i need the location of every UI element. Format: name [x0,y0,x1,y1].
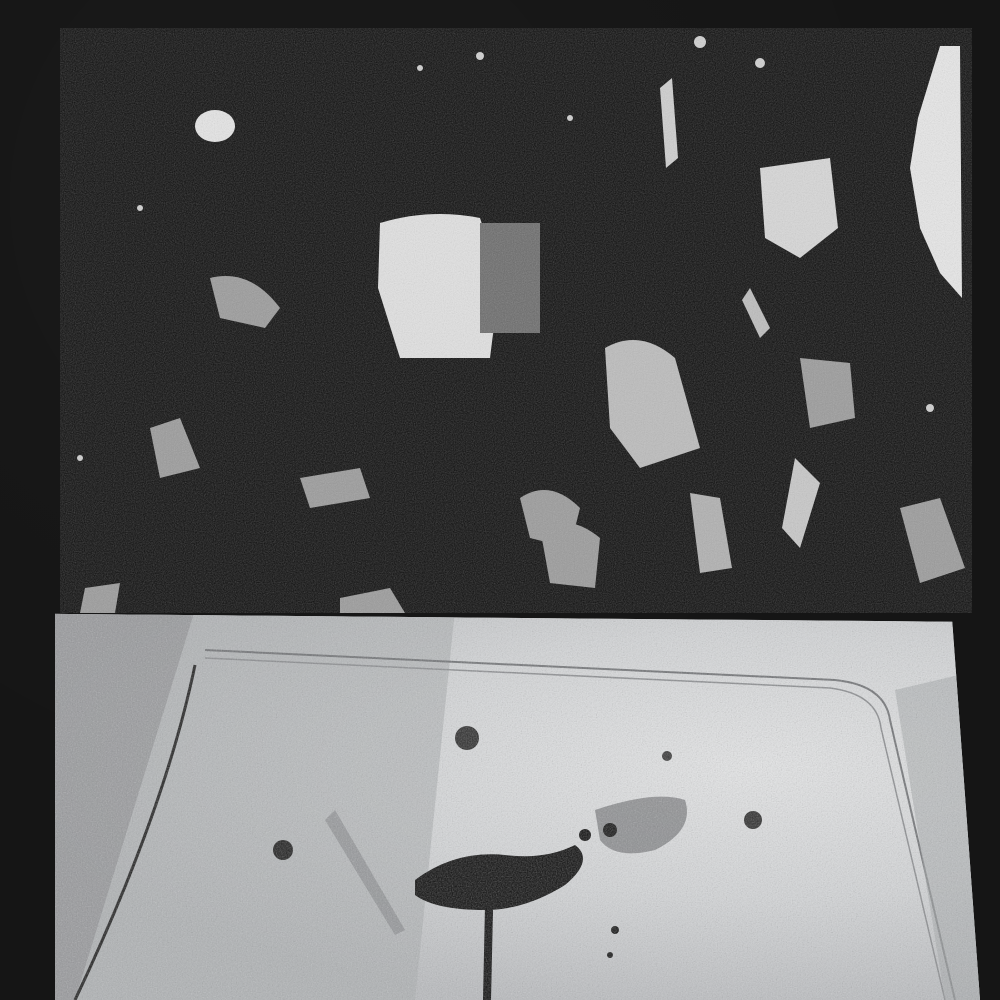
crowd-photo-print [60,28,972,613]
stained-pocket-print [55,610,980,1000]
crowd-photo-graphic [60,28,972,613]
pocket-photo-graphic [55,610,980,1000]
